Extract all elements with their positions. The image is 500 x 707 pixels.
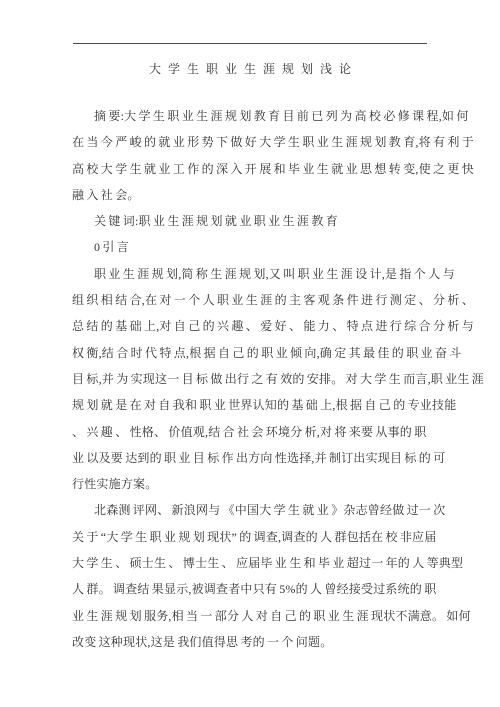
section-heading: 0 引 言 xyxy=(72,234,430,260)
abstract-line: 在 当 今 严 峻 的 就 业 形 势 下 做 好 大 学 生 职 业 生 涯 … xyxy=(72,129,430,155)
abstract-line: 高 校 大 学 生 就 业 工 作 的 深 入 开 展 和 毕 业 生 就 业 … xyxy=(72,156,430,182)
body-line: 权 衡,结 合 时 代 特 点,根 据 自 己 的 职 业 倾 向,确 定 其 … xyxy=(72,340,430,366)
body-line: 关 于 “大 学 生 职 业 规 划 现状” 的 调查,调查的 人 群包括在 校… xyxy=(72,524,430,550)
body-line: 、 兴 趣 、 性格、 价值观,结 合 社 会 环境分 析,对 将 来要 从事的… xyxy=(72,419,430,445)
document-title: 大 学 生 职 业 生 涯 规 划 浅 论 xyxy=(72,58,430,80)
document-content: 大 学 生 职 业 生 涯 规 划 浅 论 摘 要:大 学 生 职 业 生 涯 … xyxy=(72,58,430,655)
body-line: 北森测 评网、 新浪网与 《中国大 学 生 就 业 》杂志曾经做 过一 次 xyxy=(72,497,430,523)
body-line: 职 业 生 涯 规 划,简 称 生 涯 规 划,又 叫 职 业 生 涯 设 计,… xyxy=(72,261,430,287)
body-line: 目 标,并 为 实现这一 目 标 做 出行 之 有 效的 安排。 对 大 学 生… xyxy=(72,366,430,392)
abstract-line: 融 入 社 会。 xyxy=(72,182,430,208)
abstract-line: 摘 要:大 学 生 职 业 生 涯 规 划 教 育 目 前 已 列 为 高 校 … xyxy=(72,103,430,129)
document-page: 大 学 生 职 业 生 涯 规 划 浅 论 摘 要:大 学 生 职 业 生 涯 … xyxy=(0,0,500,707)
body-line: 总 结 的 基 础 上,对 自 己 的 兴 趣 、 爱 好 、 能 力 、 特 … xyxy=(72,313,430,339)
body-line: 改变 这种现状,这是 我们值得思 考的 一 个 问题。 xyxy=(72,629,430,655)
header-separator-line xyxy=(73,43,427,44)
keywords-line: 关 键 词:职 业 生 涯 规 划 就 业 职 业 生 涯 教 育 xyxy=(72,208,430,234)
body-line: 规 划 就 是 在 对 自 我和 职 业 世界认知的 基 础 上,根 据 自 己… xyxy=(72,392,430,418)
body-line: 组 织 相 结 合,在 对 一 个 人 职 业 生 涯 的 主 客 观 条 件 … xyxy=(72,287,430,313)
body-line: 业 生 涯 规 划 服务,相 当 一 部分 人 对 自 己 的 职 业 生 涯 … xyxy=(72,603,430,629)
body-line: 业 以及要 达到的 职 业 目 标 作 出方向 性选择,并 制订出实现目 标 的… xyxy=(72,445,430,471)
body-line: 人 群。 调查结 果显示,被调查者中只有 5%的 人 曾经接受过系统的 职 xyxy=(72,576,430,602)
body-line: 大 学 生 、 硕士生 、 博士生 、 应届毕 业 生 和 毕 业 超过一 年的… xyxy=(72,550,430,576)
body-line: 行性实施方案。 xyxy=(72,471,430,497)
